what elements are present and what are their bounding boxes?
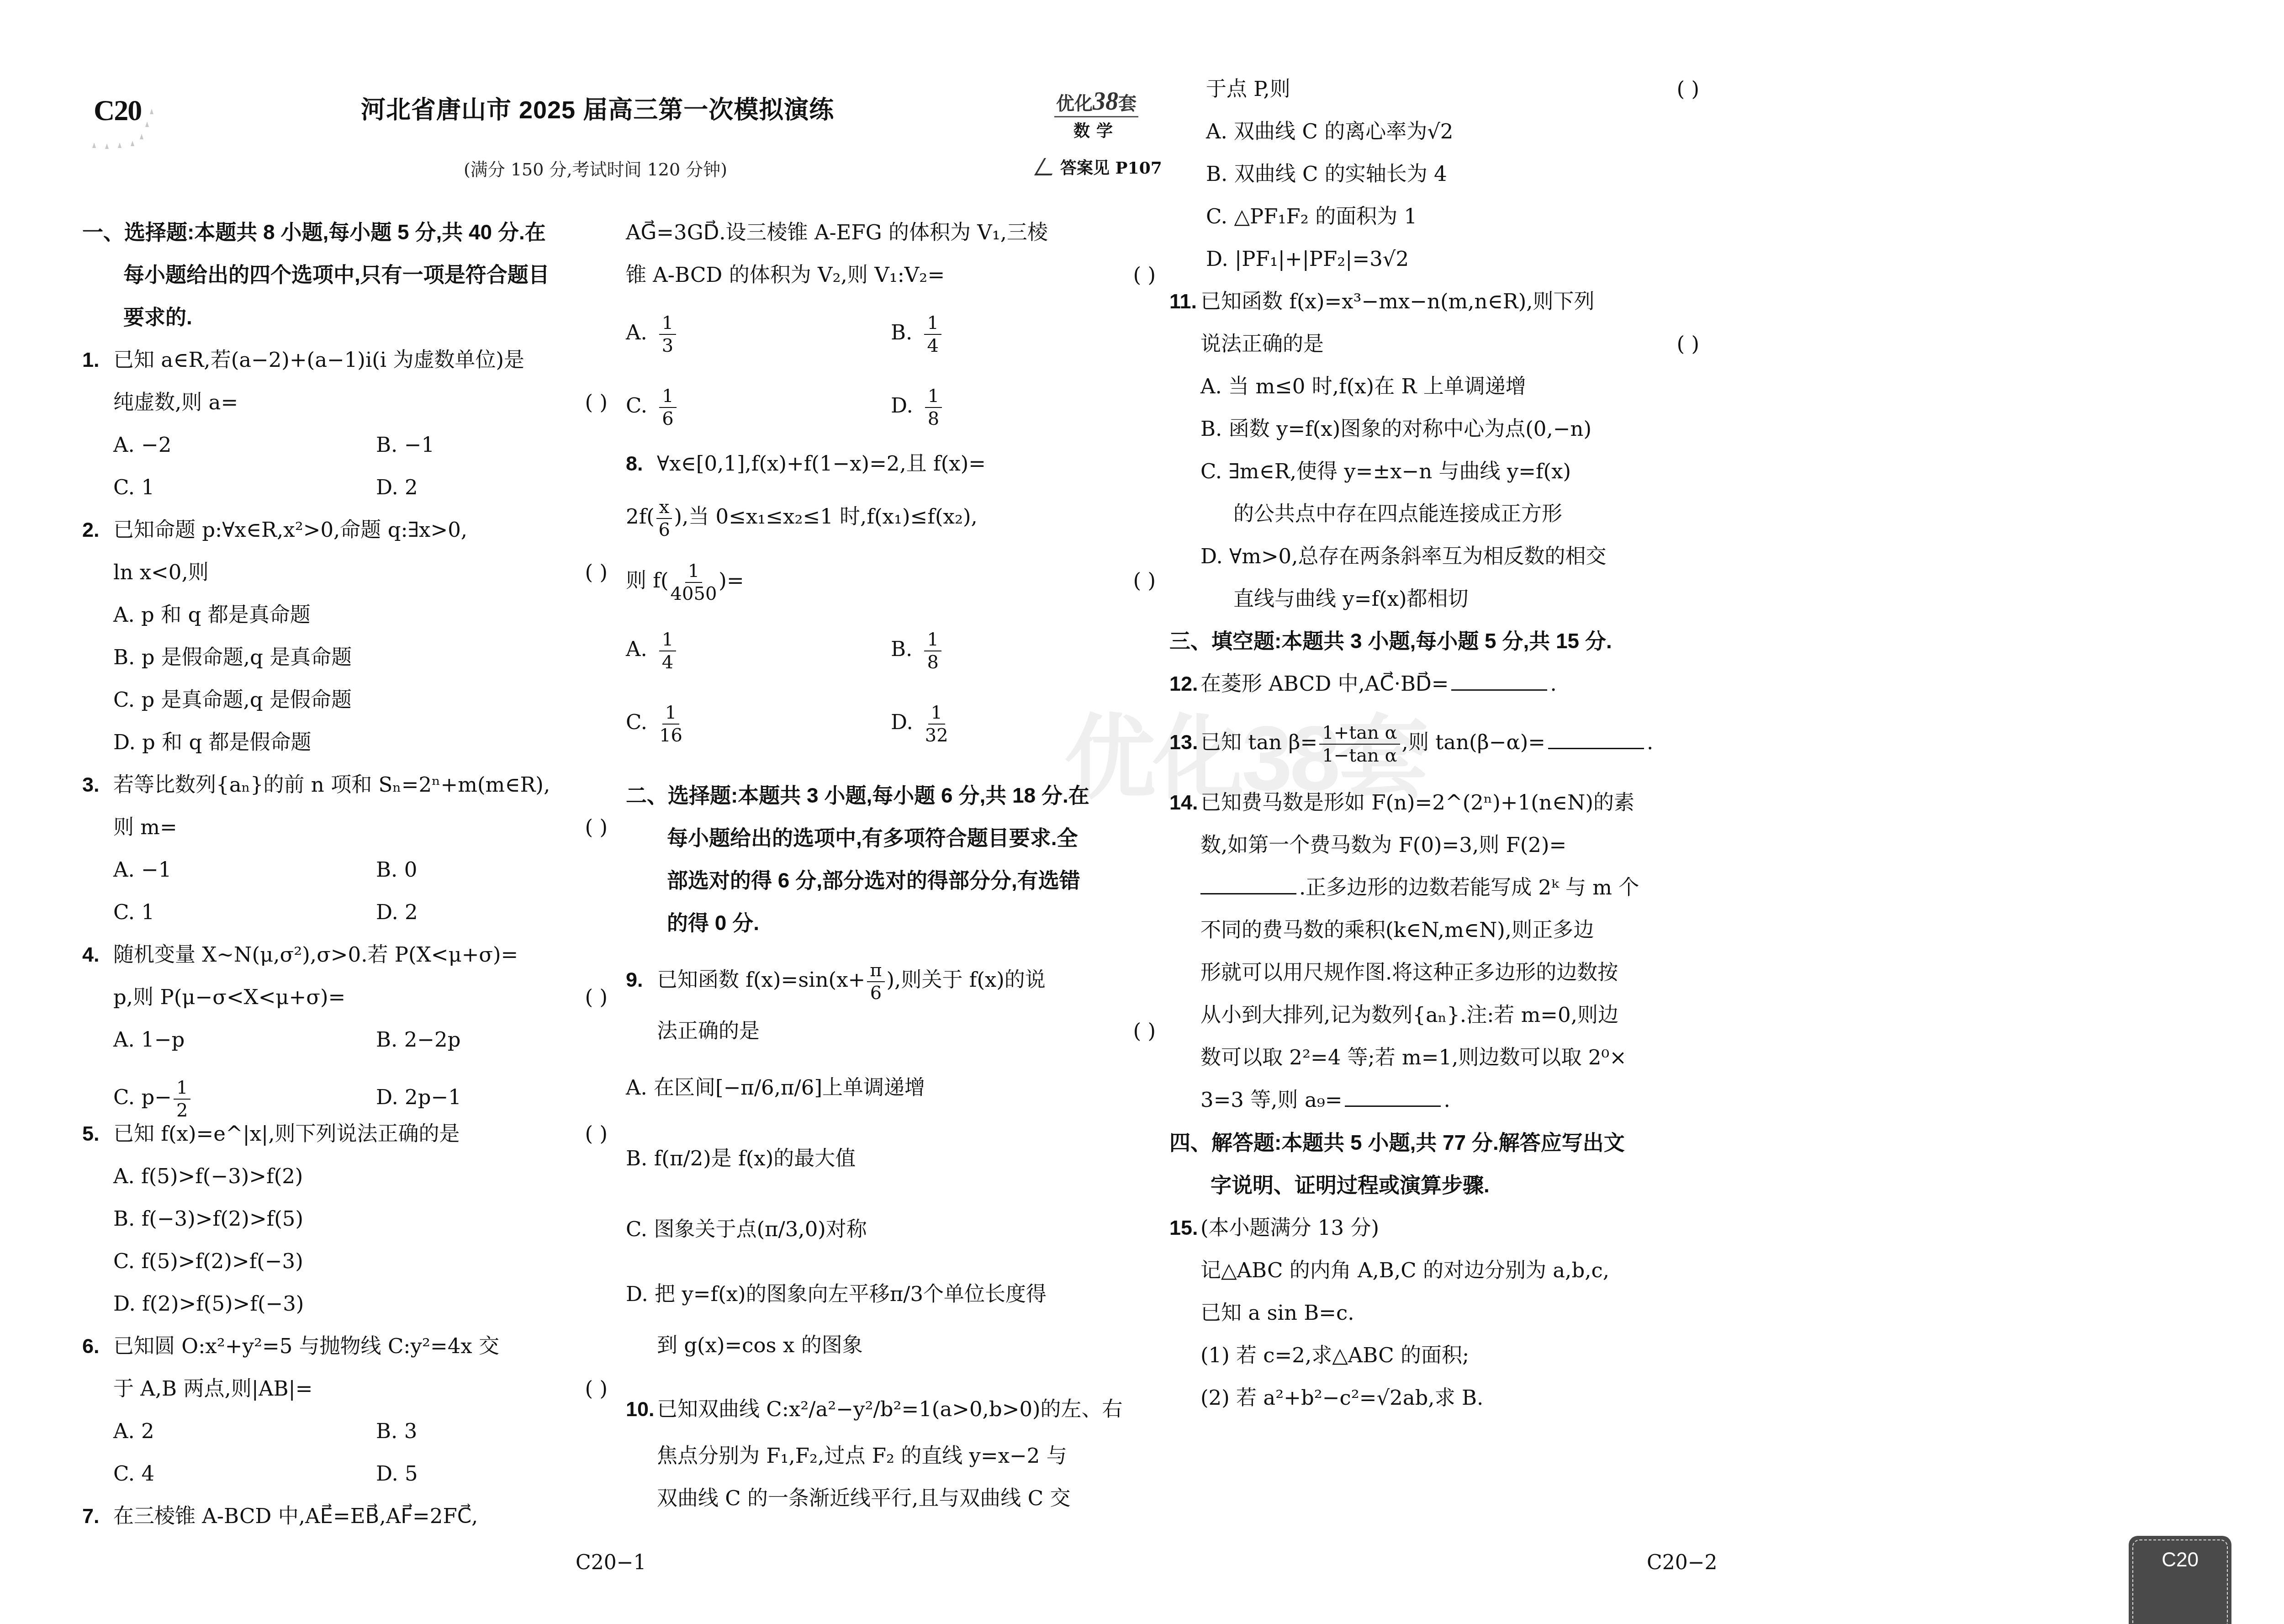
option-c[interactable]: C. 4 [82,1452,345,1495]
option-d[interactable]: D. 把 y=f(x)的图象向左平移π/3个单位长度得 [626,1264,1156,1324]
option-d[interactable]: D. 5 [345,1452,608,1495]
option-a[interactable]: A. 当 m≤0 时,f(x)在 R 上单调递增 [1169,365,1699,407]
answer-blank[interactable]: ( ) [585,806,608,848]
question-10: 10.已知双曲线 C:x²/a²−y²/b²=1(a>0,b>0)的左、右 焦点… [626,1384,1156,1519]
option-a[interactable]: A. f(5)>f(−3)>f(2) [82,1155,608,1197]
question-4: 4.随机变量 X~N(μ,σ²),σ>0.若 P(X<μ+σ)= p,则 P(μ… [82,933,608,1134]
option-d[interactable]: D. f(2)>f(5)>f(−3) [82,1282,608,1325]
section-1-header: 一、选择题:本题共 8 小题,每小题 5 分,共 40 分.在 每小题给出的四个… [82,211,608,339]
option-c-cont: 的公共点中存在四点能连接成正方形 [1169,492,1699,535]
answer-blank[interactable]: ( ) [1677,68,1699,110]
option-c[interactable]: C. 1 [82,891,345,933]
option-b[interactable]: B.18 [891,613,1156,686]
answer-blank[interactable]: ( ) [585,976,608,1018]
option-d[interactable]: D.18 [891,369,1156,442]
option-a[interactable]: A. 2 [82,1410,345,1452]
section-2-header: 二、选择题:本题共 3 小题,每小题 6 分,共 18 分.在 每小题给出的选项… [626,774,1156,944]
option-a[interactable]: A. 1−p [82,1018,345,1061]
option-c[interactable]: C. p 是真命题,q 是假命题 [82,678,608,721]
answer-reference: 答案见 P107 [1039,155,1162,179]
option-c[interactable]: C.116 [626,686,891,759]
option-c[interactable]: C. △PF₁F₂ 的面积为 1 [1206,195,1699,238]
option-a[interactable]: A. −2 [82,423,345,466]
subject-label: 数学 [1051,118,1142,142]
option-d[interactable]: D.132 [891,686,1156,759]
page-number-1: C20−1 [576,1551,646,1574]
option-d[interactable]: D. |PF₁|+|PF₂|=3√2 [1206,238,1699,280]
question-5: 5.已知 f(x)=e^|x|,则下列说法正确的是( ) A. f(5)>f(−… [82,1112,608,1325]
question-7-start: 7.在三棱锥 A-BCD 中,AE⃗=EB⃗,AF⃗=2FC⃗, [82,1495,608,1537]
question-1: 1.已知 a∈R,若(a−2)+(a−1)i(i 为虚数单位)是 纯虚数,则 a… [82,339,608,508]
option-b[interactable]: B. 双曲线 C 的实轴长为 4 [1206,153,1699,195]
answer-blank[interactable]: ( ) [1133,1010,1156,1052]
option-b[interactable]: B. 函数 y=f(x)图象的对称中心为点(0,−n) [1169,407,1699,450]
page-title: 河北省唐山市 2025 届高三第一次模拟演练 [361,90,834,126]
option-d[interactable]: D. 2 [345,466,608,508]
brand-logo: 优化38套 数学 [1051,87,1142,142]
option-a[interactable]: A. −1 [82,848,345,891]
answer-blank[interactable]: ( ) [585,381,608,423]
option-b[interactable]: B. f(π/2)是 f(x)的最大值 [626,1123,1156,1194]
option-d[interactable]: D. 2 [345,891,608,933]
option-c[interactable]: C.16 [626,369,891,442]
question-2: 2.已知命题 p:∀x∈R,x²>0,命题 q:∃x>0, ln x<0,则( … [82,508,608,763]
stars-decoration-icon [83,109,156,150]
option-d[interactable]: D. p 和 q 都是假命题 [82,721,608,763]
exam-info: (满分 150 分,考试时间 120 分钟) [464,155,727,180]
question-10-cont: 于点 P,则( ) A. 双曲线 C 的离心率为√2 B. 双曲线 C 的实轴长… [1206,68,1699,280]
option-c[interactable]: C. 图象关于点(π/3,0)对称 [626,1194,1156,1264]
question-13: 13.已知 tan β=1+tan α1−tan α,则 tan(β−α)=. [1169,713,1699,772]
option-b[interactable]: B. f(−3)>f(2)>f(5) [82,1197,608,1240]
option-a[interactable]: A. p 和 q 都是真命题 [82,593,608,636]
answer-blank[interactable]: ( ) [585,1367,608,1410]
fill-blank[interactable] [1548,730,1644,749]
option-d[interactable]: D. ∀m>0,总存在两条斜率互为相反数的相交 [1169,535,1699,577]
option-b[interactable]: B. −1 [345,423,608,466]
option-a[interactable]: A.13 [626,296,891,369]
answer-blank[interactable]: ( ) [585,1112,608,1155]
fill-blank[interactable] [1200,875,1296,894]
option-c[interactable]: C. 1 [82,466,345,508]
option-b[interactable]: B.14 [891,296,1156,369]
page-number-2: C20−2 [1647,1551,1718,1574]
answer-blank[interactable]: ( ) [585,551,608,593]
fill-blank[interactable] [1451,671,1547,691]
exam-spread: C20 河北省唐山市 2025 届高三第一次模拟演练 (满分 150 分,考试时… [0,0,2284,1624]
answer-blank[interactable]: ( ) [1133,549,1156,613]
option-d-cont: 直线与曲线 y=f(x)都相切 [1169,577,1699,620]
question-6: 6.已知圆 O:x²+y²=5 与抛物线 C:y²=4x 交 于 A,B 两点,… [82,1325,608,1495]
section-3-header: 三、填空题:本题共 3 小题,每小题 5 分,共 15 分. [1169,620,1699,662]
option-b[interactable]: B. 2−2p [345,1018,608,1061]
question-11: 11.已知函数 f(x)=x³−mx−n(m,n∈R),则下列 说法正确的是( … [1169,280,1699,620]
option-c[interactable]: C. f(5)>f(2)>f(−3) [82,1240,608,1282]
question-14: 14.已知费马数是形如 F(n)=2^(2ⁿ)+1(n∈N)的素 数,如第一个费… [1169,781,1699,1121]
pencil-icon [1034,158,1062,175]
fill-blank[interactable] [1345,1087,1441,1107]
brand-mark: 优化38套 [1054,87,1138,117]
section-4-header: 四、解答题:本题共 5 小题,共 77 分.解答应写出文 字说明、证明过程或演算… [1169,1121,1699,1206]
section-tab[interactable]: C20 [2129,1536,2231,1624]
answer-blank[interactable]: ( ) [1677,323,1699,365]
question-12: 12.在菱形 ABCD 中,AC⃗·BD⃗=. [1169,662,1699,705]
option-a[interactable]: A.14 [626,613,891,686]
option-b[interactable]: B. 3 [345,1410,608,1452]
question-15: 15.(本小题满分 13 分) 记△ABC 的内角 A,B,C 的对边分别为 a… [1169,1206,1699,1419]
question-8: 8.∀x∈[0,1],f(x)+f(1−x)=2,且 f(x)= 2f(x6),… [626,442,1156,759]
question-3: 3.若等比数列{aₙ}的前 n 项和 Sₙ=2ⁿ+m(m∈R), 则 m=( )… [82,763,608,933]
option-b[interactable]: B. 0 [345,848,608,891]
answer-blank[interactable]: ( ) [1133,254,1156,296]
option-b[interactable]: B. p 是假命题,q 是真命题 [82,636,608,678]
option-d-cont: 到 g(x)=cos x 的图象 [626,1324,1156,1366]
option-a[interactable]: A. 在区间[−π/6,π/6]上单调递增 [626,1052,1156,1123]
question-9: 9.已知函数 f(x)=sin(x+π6),则关于 f(x)的说 法正确的是( … [626,950,1156,1366]
question-7-cont: AG⃗=3GD⃗.设三棱锥 A-EFG 的体积为 V₁,三棱 锥 A-BCD 的… [626,211,1156,442]
option-a[interactable]: A. 双曲线 C 的离心率为√2 [1206,110,1699,153]
option-c[interactable]: C. ∃m∈R,使得 y=±x−n 与曲线 y=f(x) [1169,450,1699,492]
